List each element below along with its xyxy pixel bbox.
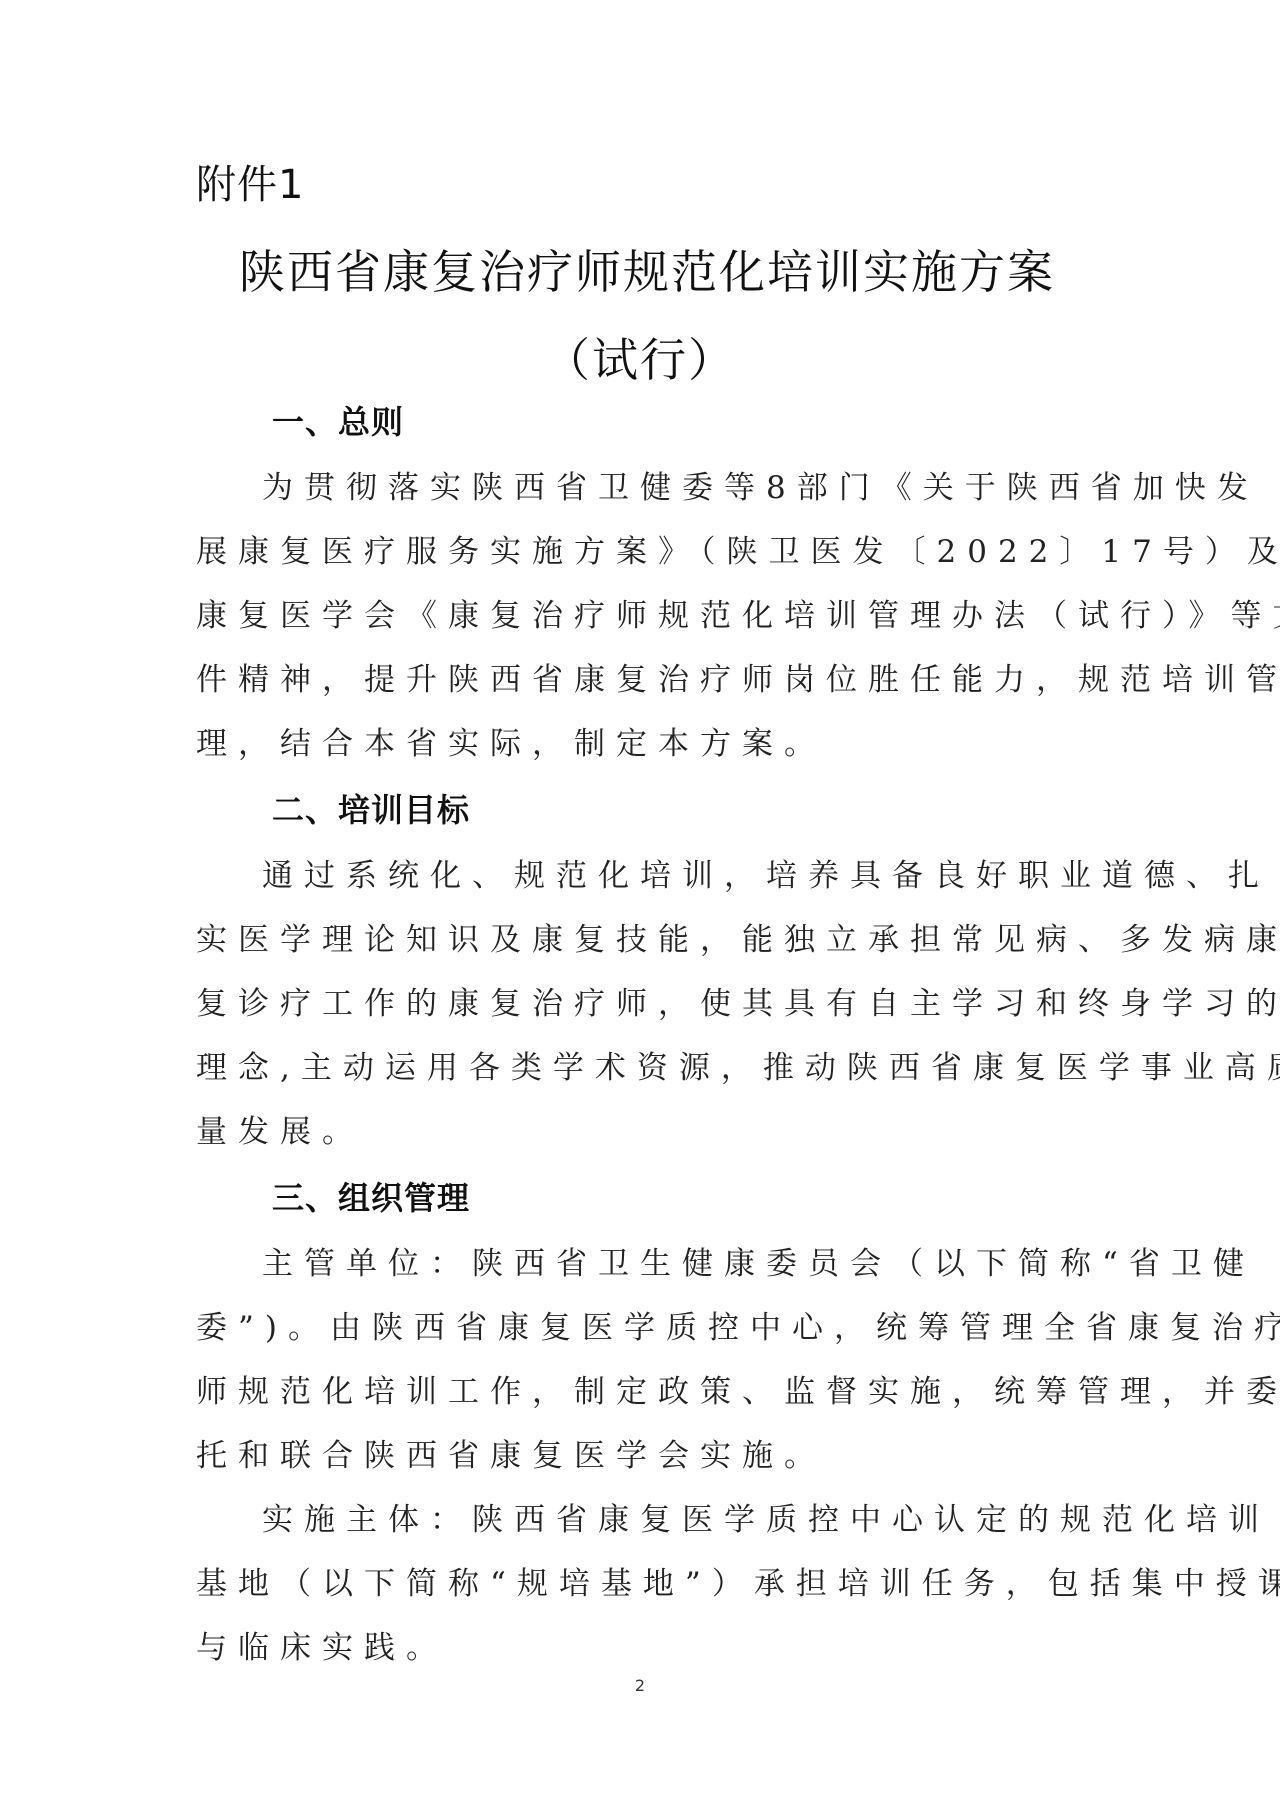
- document-title: 陕西省康复治疗师规范化培训实施方案: [0, 242, 1280, 302]
- paragraph-line: 为贯彻落实陕西省卫健委等8部门《关于陕西省加快发: [262, 466, 1100, 510]
- paragraph-line: 师规范化培训工作，制定政策、监督实施，统筹管理，并委: [196, 1370, 1100, 1414]
- paragraph-line: 件精神，提升陕西省康复治疗师岗位胜任能力，规范培训管: [196, 658, 1100, 702]
- attachment-label: 附件1: [196, 160, 304, 210]
- section-heading-general: 一、总则: [272, 400, 404, 444]
- section-heading-organization: 三、组织管理: [272, 1176, 470, 1220]
- paragraph-line: 理，结合本省实际，制定本方案。: [196, 722, 826, 766]
- paragraph-line: 通过系统化、规范化培训，培养具备良好职业道德、扎: [262, 854, 1100, 898]
- paragraph-line: 展康复医疗服务实施方案》（陕卫医发〔2022〕17号）及中国: [196, 530, 1100, 574]
- paragraph-line: 主管单位：陕西省卫生健康委员会（以下简称“省卫健: [262, 1242, 1100, 1286]
- page-number: 2: [0, 1676, 1280, 1696]
- paragraph-line: 量发展。: [196, 1110, 364, 1154]
- paragraph-line: 基地（以下简称“规培基地”）承担培训任务，包括集中授课: [196, 1562, 1100, 1606]
- paragraph-line: 复诊疗工作的康复治疗师，使其具有自主学习和终身学习的: [196, 982, 1100, 1026]
- paragraph-line: 托和联合陕西省康复医学会实施。: [196, 1434, 826, 1478]
- paragraph-line: 委”)。由陕西省康复医学质控中心，统筹管理全省康复治疗: [196, 1306, 1100, 1350]
- paragraph-line: 理念,主动运用各类学术资源，推动陕西省康复医学事业高质: [196, 1046, 1100, 1090]
- paragraph-line: 实医学理论知识及康复技能，能独立承担常见病、多发病康: [196, 918, 1100, 962]
- document-subtitle: （试行）: [0, 330, 1280, 390]
- paragraph-line: 与临床实践。: [196, 1626, 448, 1670]
- paragraph-line: 实施主体：陕西省康复医学质控中心认定的规范化培训: [262, 1498, 1100, 1542]
- paragraph-line: 康复医学会《康复治疗师规范化培训管理办法（试行）》等文: [196, 594, 1100, 638]
- section-heading-training-goals: 二、培训目标: [272, 788, 470, 832]
